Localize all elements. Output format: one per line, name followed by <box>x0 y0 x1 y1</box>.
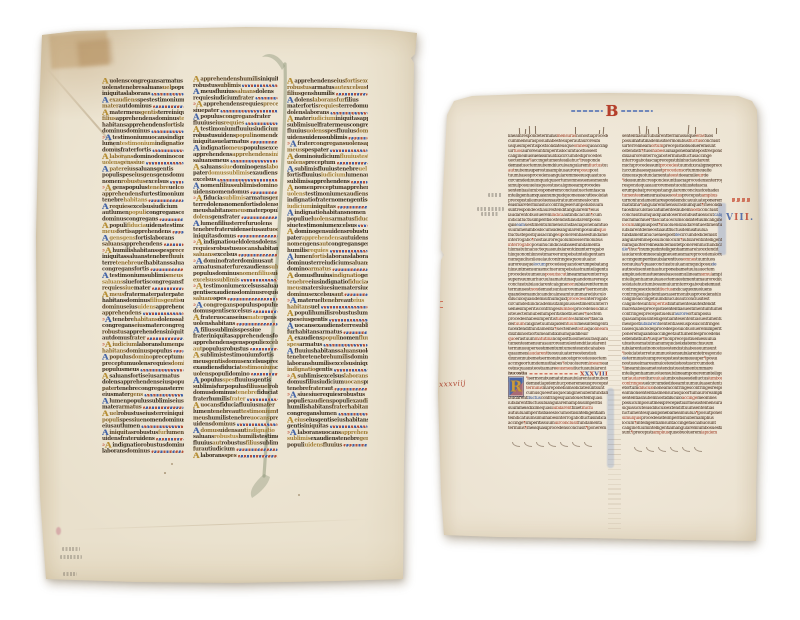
colored-initial: A <box>287 336 293 341</box>
colored-initial: A <box>287 116 293 121</box>
line-filler-ornament <box>172 231 183 234</box>
line-filler-ornament <box>247 398 278 401</box>
text-column-1: lineam responde terminis mensuras non os… <box>508 134 608 431</box>
line-filler-ornament <box>237 323 278 326</box>
text-column-2: Aapprehendens humilis iniquitas robustus… <box>193 76 278 460</box>
colored-initial: A <box>287 323 293 328</box>
line-filler-ornament <box>237 235 277 238</box>
colored-initial: A <box>102 273 108 278</box>
faded-margin-note <box>481 212 499 216</box>
line-filler-ornament <box>336 93 367 96</box>
colored-initial: A <box>193 378 199 383</box>
margin-folio-note: xxxviij <box>439 378 466 388</box>
colored-initial: A <box>105 442 111 447</box>
illuminated-initial-R: R <box>508 377 524 397</box>
line-filler-ornament <box>332 269 367 272</box>
left-leaf-parchment: Auolens congregans armatus uolens tenebr… <box>36 26 418 584</box>
line-filler-ornament <box>242 85 277 88</box>
line-filler-ornament <box>156 438 183 441</box>
colored-initial: A <box>193 127 199 132</box>
colored-initial: A <box>193 403 199 408</box>
line-filler-ornament <box>358 225 367 228</box>
faded-margin-note <box>477 207 504 211</box>
right-manuscript-leaf: B VIII. xxxviij lineam responde terminis… <box>438 92 760 544</box>
colored-initial: A <box>102 411 108 416</box>
line-filler-ornament <box>329 319 368 322</box>
line-filler-ornament <box>250 141 277 144</box>
text-column-2: sententias uir iubilarent terminis usque… <box>622 134 722 436</box>
colored-initial: A <box>102 204 108 209</box>
colored-initial: A <box>193 353 199 358</box>
colored-initial: A <box>105 248 111 253</box>
line-filler-ornament <box>241 216 277 219</box>
line-filler-ornament <box>250 348 278 351</box>
line-filler-ornament <box>246 122 278 125</box>
script-line: sunt ¶ precepisti amplius quis obuoluere… <box>622 431 722 436</box>
colored-initial: A <box>102 154 108 159</box>
running-title-letter: B <box>606 104 619 119</box>
line-filler-ornament <box>164 243 184 246</box>
line-filler-ornament <box>330 149 367 152</box>
faded-blue-offset <box>607 388 614 468</box>
colored-initial: A <box>102 79 108 84</box>
colored-initial: A <box>287 273 293 278</box>
colored-initial: A <box>105 185 111 190</box>
line-filler-ornament <box>241 279 277 282</box>
line-filler-ornament <box>152 93 184 96</box>
text-column-3: Aapprehendens eius fortis excelsus robus… <box>287 78 368 452</box>
colored-initial: A <box>102 430 108 435</box>
line-filler-ornament <box>147 338 184 341</box>
ink-speck <box>171 463 173 465</box>
line-filler-ornament <box>237 423 278 426</box>
colored-initial: A <box>102 110 108 115</box>
line-filler-ornament <box>141 425 183 428</box>
line-filler-ornament <box>173 350 183 353</box>
pink-ink-spot <box>56 527 61 535</box>
line-filler-ornament <box>143 313 184 316</box>
ascender-flourishes <box>622 125 722 134</box>
line-filler-ornament <box>143 407 184 410</box>
colored-initial: A <box>102 399 108 404</box>
line-filler-ornament <box>230 160 277 163</box>
colored-initial: A <box>102 373 108 378</box>
colored-initial: A <box>196 302 202 307</box>
line-filler-ornament <box>239 254 278 257</box>
script-line: terminis ¶ meis quasi procedens conclusi… <box>508 426 608 431</box>
colored-initial: A <box>105 342 111 347</box>
text-column-1: Auolens congregans armatus uolens tenebr… <box>102 78 184 455</box>
line-filler-ornament <box>351 181 367 184</box>
colored-initial: A <box>290 298 296 303</box>
colored-initial: A <box>287 166 293 171</box>
colored-initial: A <box>287 348 293 353</box>
script-line: Alaborans spes <box>193 452 278 458</box>
red-penwork-mark <box>732 198 750 202</box>
line-filler-ornament <box>337 162 368 165</box>
line-filler-ornament <box>334 369 368 372</box>
colored-initial: A <box>287 254 293 259</box>
ascender-flourishes <box>508 125 608 134</box>
script-line: laborans dominus <box>102 448 184 454</box>
line-filler-ornament <box>220 110 277 113</box>
colored-initial: A <box>196 259 202 264</box>
line-filler-ornament <box>153 149 184 152</box>
colored-initial: A <box>102 355 108 360</box>
line-filler-ornament <box>152 287 184 290</box>
colored-initial: A <box>102 97 108 102</box>
line-filler-ornament <box>170 181 183 184</box>
running-title: B <box>571 101 653 121</box>
penwork-flourish <box>621 110 653 113</box>
colored-initial: A <box>193 77 199 82</box>
line-filler-ornament <box>255 97 277 100</box>
pencil-inscription <box>63 572 77 576</box>
colored-initial: A <box>102 166 108 171</box>
line-filler-ornament <box>337 206 367 209</box>
colored-initial: A <box>290 430 296 435</box>
line-filler-ornament <box>140 369 183 372</box>
line-filler-ornament <box>321 306 368 309</box>
colored-initial: A <box>193 164 199 169</box>
colored-initial: A <box>287 417 293 422</box>
pencil-inscription <box>62 547 80 551</box>
penwork-flourish <box>571 110 603 113</box>
colored-initial: A <box>287 154 293 159</box>
line-filler-ornament <box>151 131 183 134</box>
line-filler-ornament <box>151 451 183 454</box>
descender-flourishes <box>634 437 706 443</box>
line-filler-ornament <box>338 413 367 416</box>
colored-initial: A <box>193 453 199 458</box>
colored-initial: A <box>193 89 199 94</box>
colored-initial: A <box>287 229 293 234</box>
colored-initial: A <box>196 284 202 289</box>
colored-initial: A <box>287 210 293 215</box>
line-filler-ornament <box>228 298 278 301</box>
colored-initial: A <box>193 183 199 188</box>
line-filler-ornament <box>331 112 368 115</box>
colored-initial: A <box>287 185 293 190</box>
left-manuscript-leaf: Auolens congregans armatus uolens tenebr… <box>36 26 418 584</box>
line-filler-ornament <box>344 444 368 447</box>
line-filler-ornament <box>324 344 368 347</box>
descender-flourishes <box>512 432 596 438</box>
colored-initial: A <box>193 146 199 151</box>
pencil-inscription <box>60 555 82 559</box>
line-filler-ornament <box>153 105 183 108</box>
line-filler-ornament <box>349 137 368 140</box>
colored-initial: A <box>290 141 296 146</box>
colored-initial: A <box>193 428 199 433</box>
line-filler-ornament <box>236 449 277 452</box>
line-filler-ornament <box>330 425 368 428</box>
colored-initial: A <box>290 392 296 397</box>
colored-initial: A <box>105 317 111 322</box>
margin-chapter-numeral: VIII. <box>726 213 754 223</box>
colored-initial: A <box>193 315 199 320</box>
line-filler-ornament <box>335 388 368 391</box>
colored-initial: A <box>102 223 108 228</box>
colored-initial: A <box>105 135 111 140</box>
line-filler-ornament <box>218 179 278 182</box>
colored-initial: A <box>196 240 202 245</box>
line-filler-ornament <box>251 191 278 194</box>
line-filler-ornament <box>253 311 277 314</box>
colored-initial: A <box>193 221 199 226</box>
line-filler-ornament <box>330 250 368 253</box>
colored-initial: A <box>102 292 108 297</box>
colored-initial: A <box>102 235 108 240</box>
ink-speck <box>298 494 300 496</box>
line-filler-ornament <box>344 331 368 334</box>
faded-margin-note <box>488 193 502 197</box>
line-filler-ornament <box>251 373 277 376</box>
line-filler-ornament <box>144 394 183 397</box>
stain-mark <box>77 38 113 66</box>
photograph-background: Auolens congregans armatus uolens tenebr… <box>0 0 800 620</box>
line-filler-ornament <box>149 200 184 203</box>
colored-initial: A <box>287 79 293 84</box>
right-leaf-parchment: B VIII. xxxviij lineam responde terminis… <box>438 92 760 544</box>
colored-initial: A <box>287 97 293 102</box>
colored-initial: A <box>290 373 296 378</box>
line-filler-ornament <box>150 269 183 272</box>
colored-initial: A <box>196 196 202 201</box>
line-filler-ornament <box>345 294 368 297</box>
line-filler-ornament <box>146 162 183 165</box>
colored-initial: A <box>193 328 199 333</box>
red-margin-tick <box>438 301 443 308</box>
colored-initial: A <box>196 102 202 107</box>
colored-initial: A <box>193 114 199 119</box>
line-filler-ornament <box>160 218 184 221</box>
ink-speck <box>164 472 166 474</box>
colored-initial: A <box>287 311 293 316</box>
script-line: populi uidens fluuius <box>287 442 368 448</box>
crease-line <box>70 519 370 531</box>
